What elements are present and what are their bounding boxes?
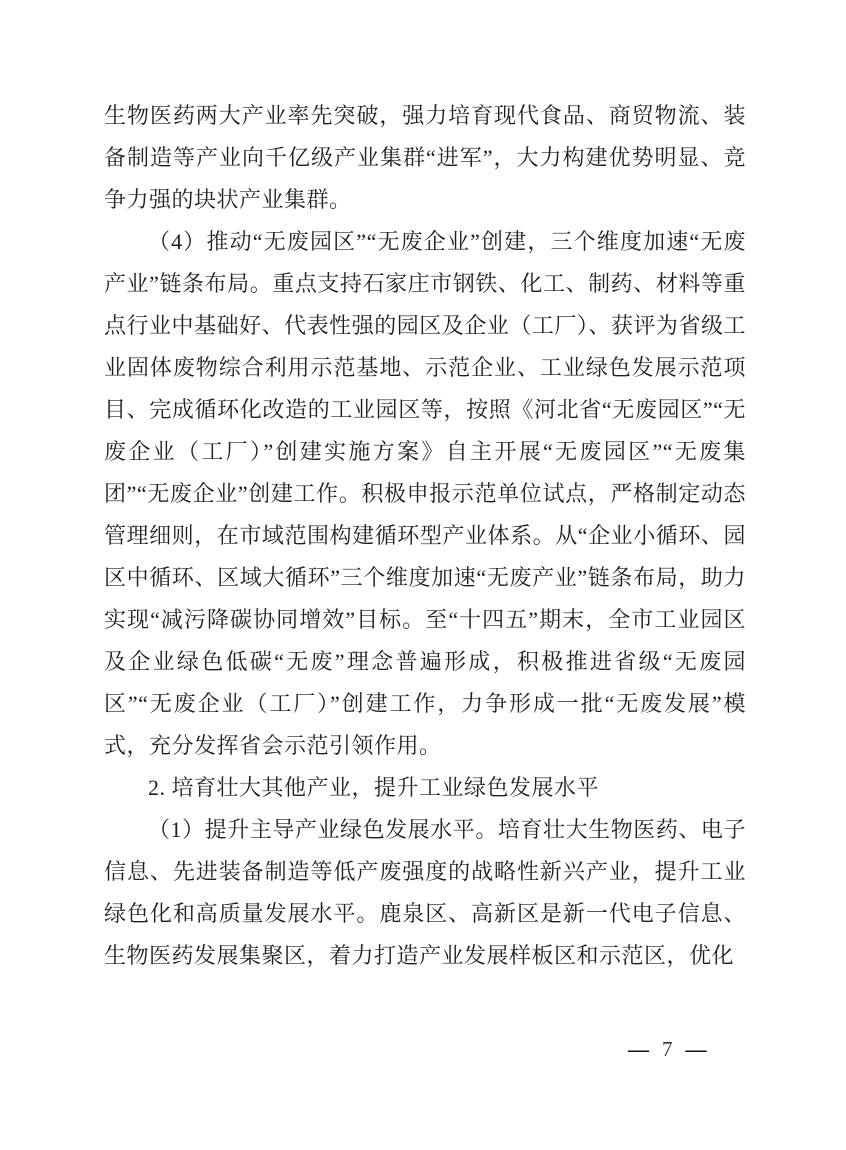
document-body: 生物医药两大产业率先突破，强力培育现代食品、商贸物流、装备制造等产业向千亿级产业… — [104, 95, 746, 977]
document-page: 生物医药两大产业率先突破，强力培育现代食品、商贸物流、装备制造等产业向千亿级产业… — [0, 0, 846, 1150]
paragraph-continuation: 生物医药两大产业率先突破，强力培育现代食品、商贸物流、装备制造等产业向千亿级产业… — [104, 95, 746, 221]
paragraph-item-1: （1）提升主导产业绿色发展水平。培育壮大生物医药、电子信息、先进装备制造等低产废… — [104, 809, 746, 977]
footer-dash-right: — — [686, 1037, 707, 1061]
page-footer: —7— — [628, 1037, 788, 1061]
page-number: 7 — [662, 1037, 673, 1061]
footer-dash-left: — — [628, 1037, 649, 1061]
section-heading-2: 2. 培育壮大其他产业，提升工业绿色发展水平 — [104, 767, 746, 809]
paragraph-item-4: （4）推动“无废园区”“无废企业”创建，三个维度加速“无废产业”链条布局。重点支… — [104, 221, 746, 767]
